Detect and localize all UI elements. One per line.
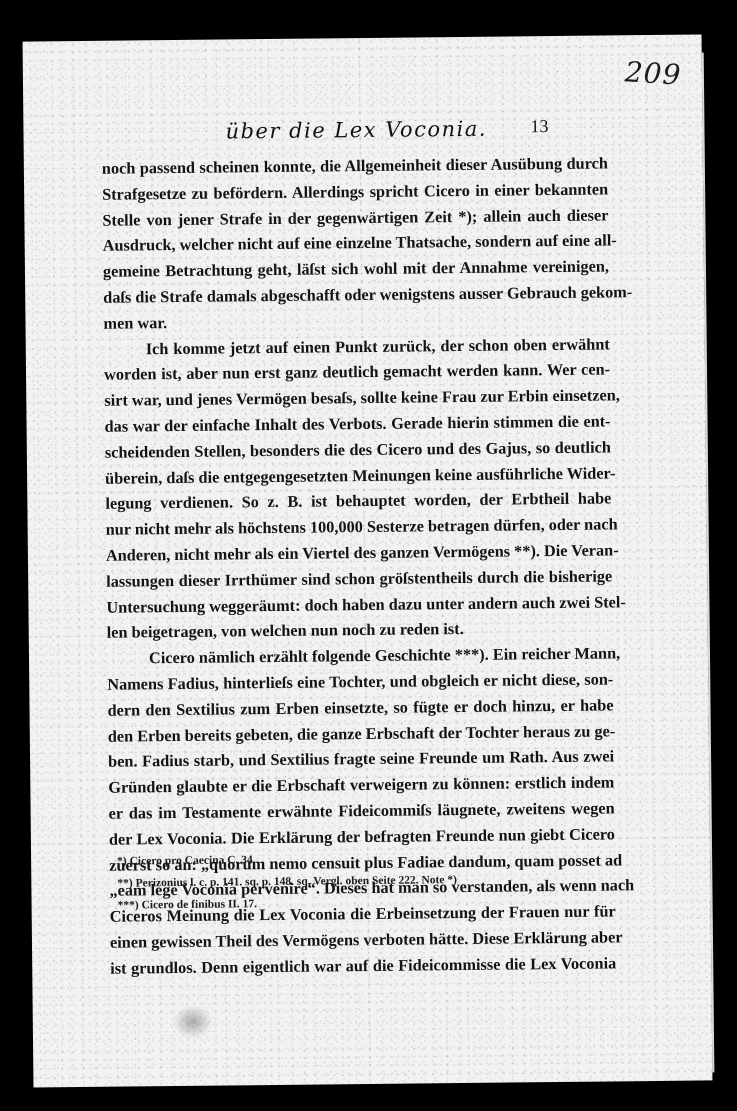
footnotes: *) Cicero pro Caecina C. 34. **) Perizon… bbox=[117, 846, 538, 916]
handwritten-folio-number: 209 bbox=[624, 55, 682, 91]
running-head: über die Lex Voconia. 13 bbox=[23, 114, 702, 151]
ink-smudge bbox=[173, 1005, 213, 1039]
text-line: daſs die Strafe damals abgeschafft oder … bbox=[103, 279, 609, 310]
text-line: ist grundlos. Denn eigentlich war auf di… bbox=[110, 950, 616, 981]
running-title: über die Lex Voconia. bbox=[225, 117, 487, 144]
page-number: 13 bbox=[530, 116, 548, 137]
scanned-page-view: 209 über die Lex Voconia. 13 noch passen… bbox=[0, 0, 737, 1111]
footnote-3: ***) Cicero de finibus II. 17. bbox=[117, 890, 537, 916]
book-page: 209 über die Lex Voconia. 13 noch passen… bbox=[23, 34, 713, 1087]
